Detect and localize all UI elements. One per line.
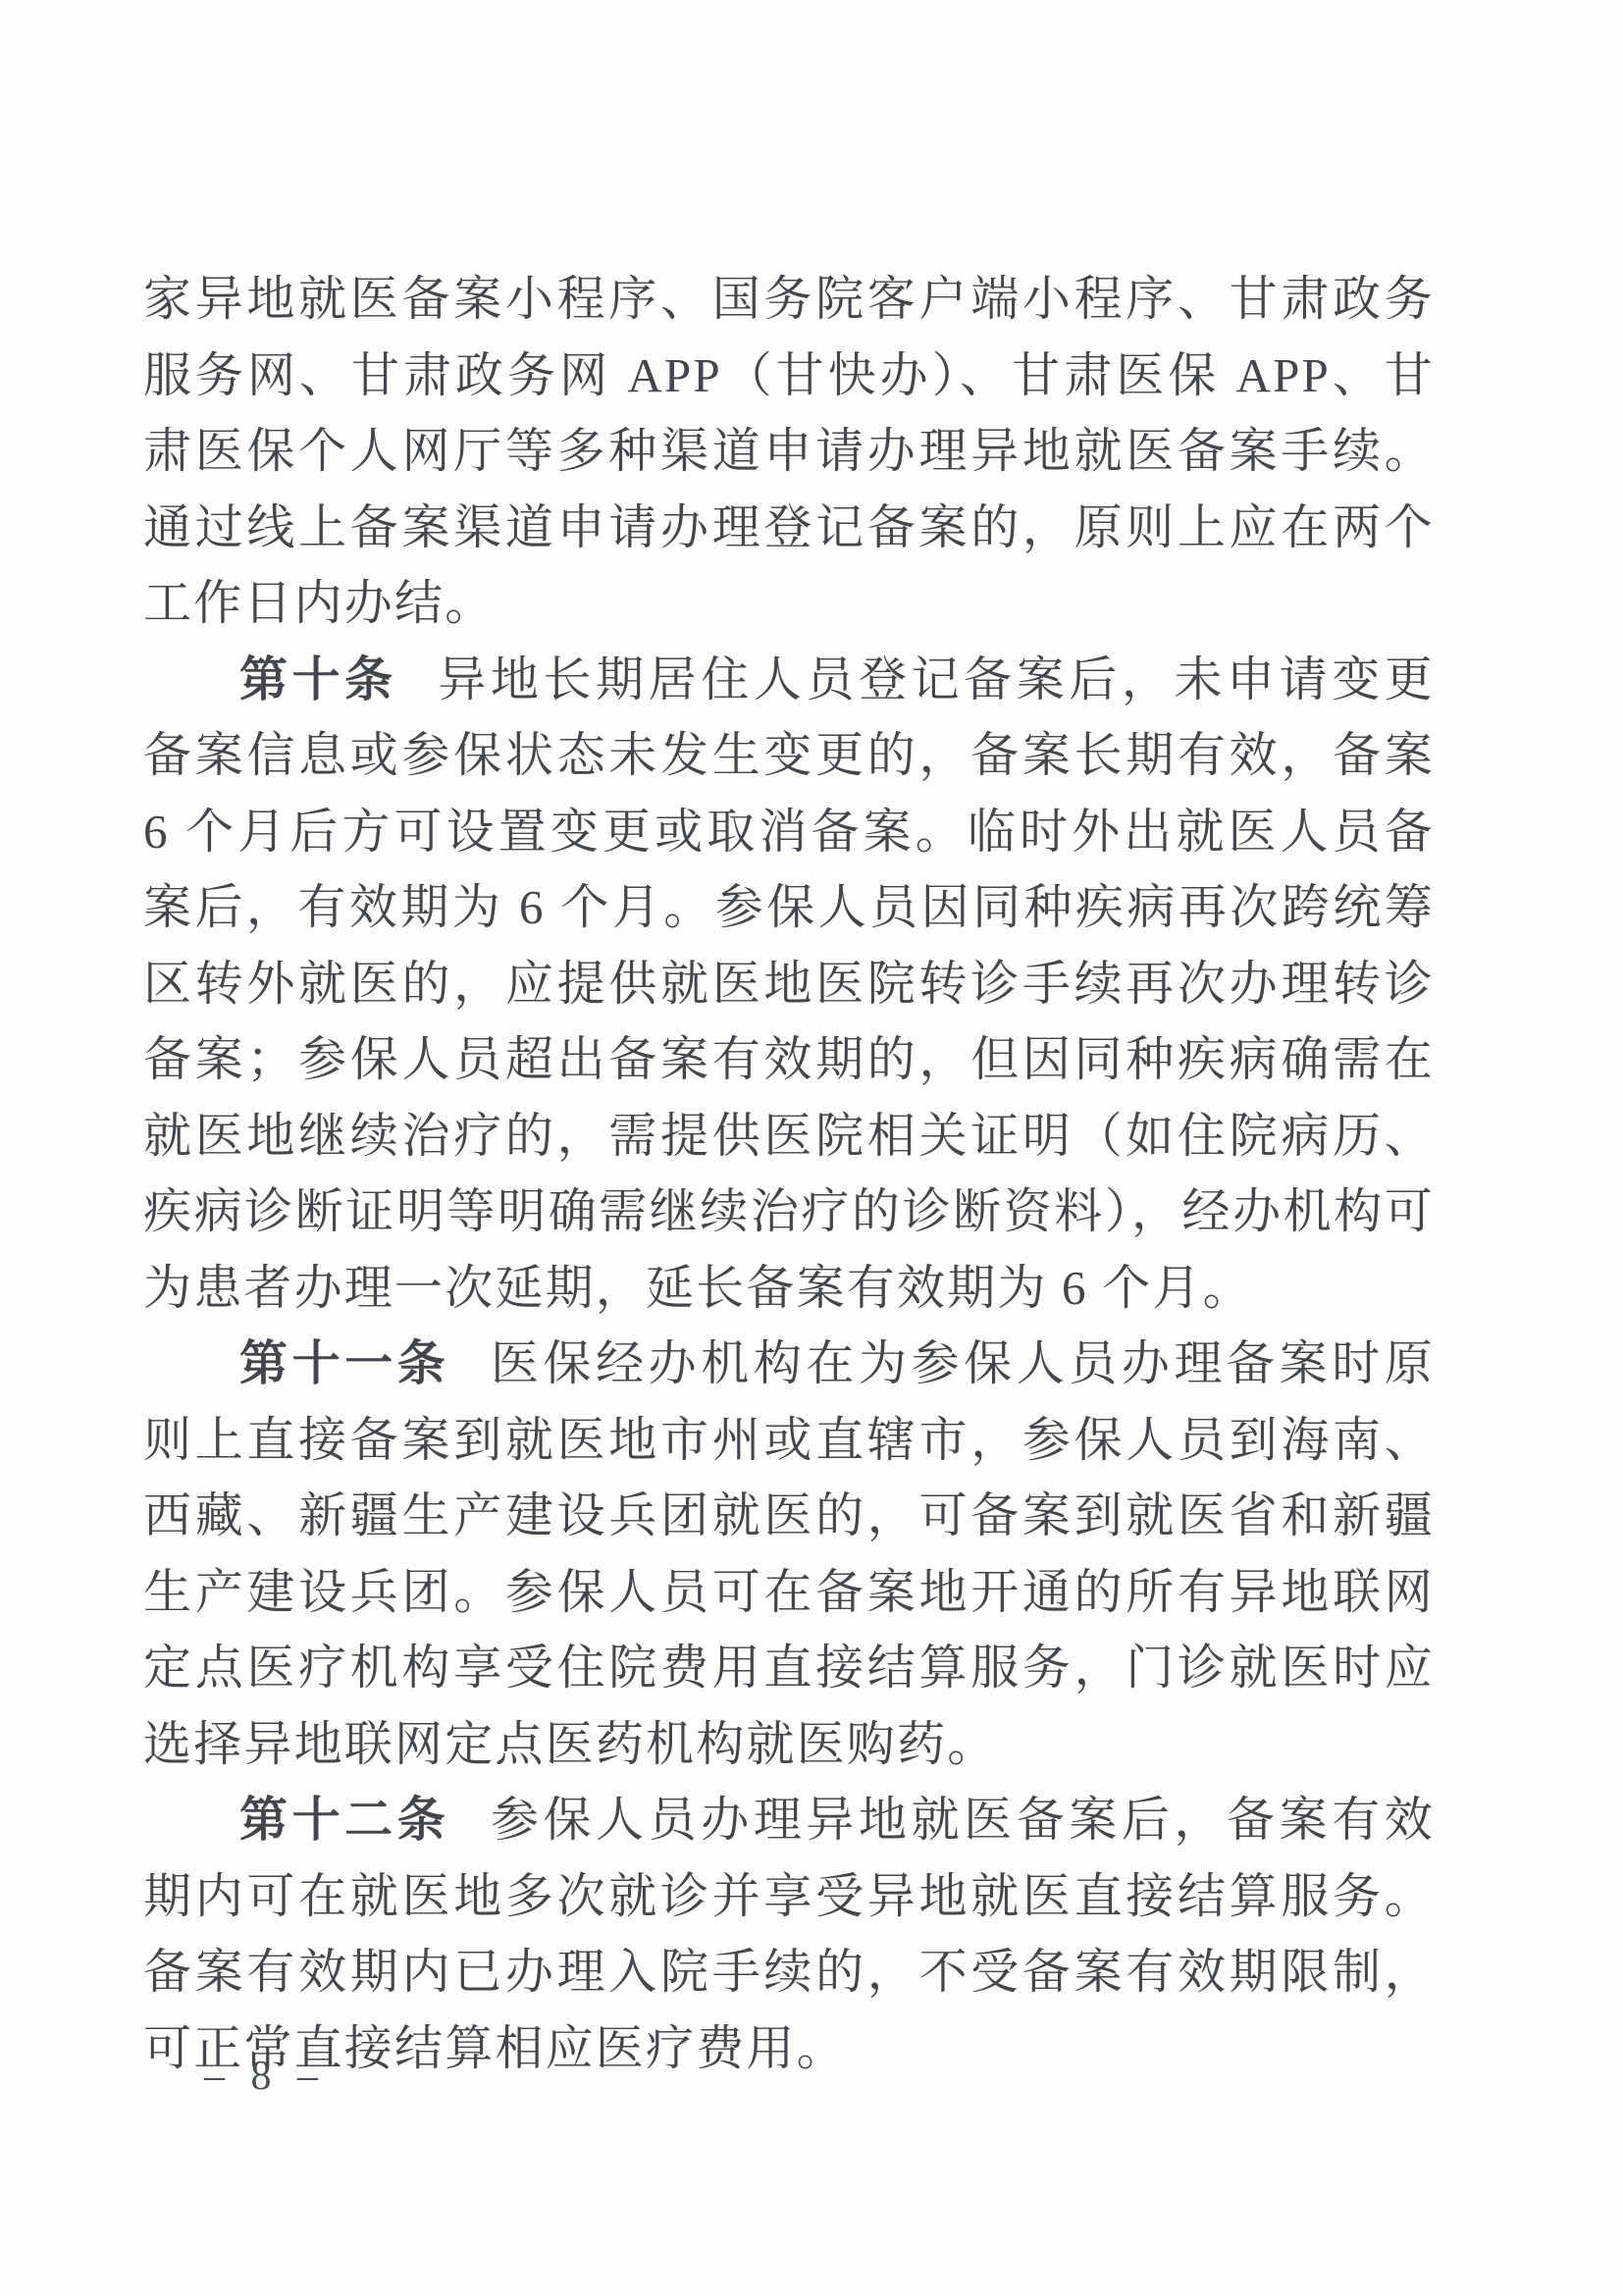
article-12-heading: 第十二条	[239, 1793, 449, 1847]
article-10-heading: 第十条	[239, 652, 397, 706]
article-11-heading: 第十一条	[239, 1336, 449, 1390]
scanned-document-page: 家异地就医备案小程序、国务院客户端小程序、甘肃政务服务网、甘肃政务网 APP（甘…	[0, 0, 1623, 2296]
paragraph-article-10: 第十条异地长期居住人员登记备案后，未申请变更备案信息或参保状态未发生变更的，备案…	[143, 642, 1435, 1327]
paragraph-article-11: 第十一条医保经办机构在为参保人员办理备案时原则上直接备案到就医地市州或直辖市，参…	[143, 1326, 1435, 1782]
paragraph-continuation: 家异地就医备案小程序、国务院客户端小程序、甘肃政务服务网、甘肃政务网 APP（甘…	[143, 261, 1435, 642]
paragraph-article-12: 第十二条参保人员办理异地就医备案后，备案有效期内可在就医地多次就诊并享受异地就医…	[143, 1782, 1435, 2086]
document-body: 家异地就医备案小程序、国务院客户端小程序、甘肃政务服务网、甘肃政务网 APP（甘…	[143, 261, 1435, 2086]
paragraph-continuation-text: 家异地就医备案小程序、国务院客户端小程序、甘肃政务服务网、甘肃政务网 APP（甘…	[143, 272, 1435, 630]
article-11-text: 医保经办机构在为参保人员办理备案时原则上直接备案到就医地市州或直辖市，参保人员到…	[143, 1336, 1435, 1771]
article-10-text: 异地长期居住人员登记备案后，未申请变更备案信息或参保状态未发生变更的，备案长期有…	[143, 652, 1435, 1315]
page-number: – 8 –	[204, 2053, 326, 2100]
